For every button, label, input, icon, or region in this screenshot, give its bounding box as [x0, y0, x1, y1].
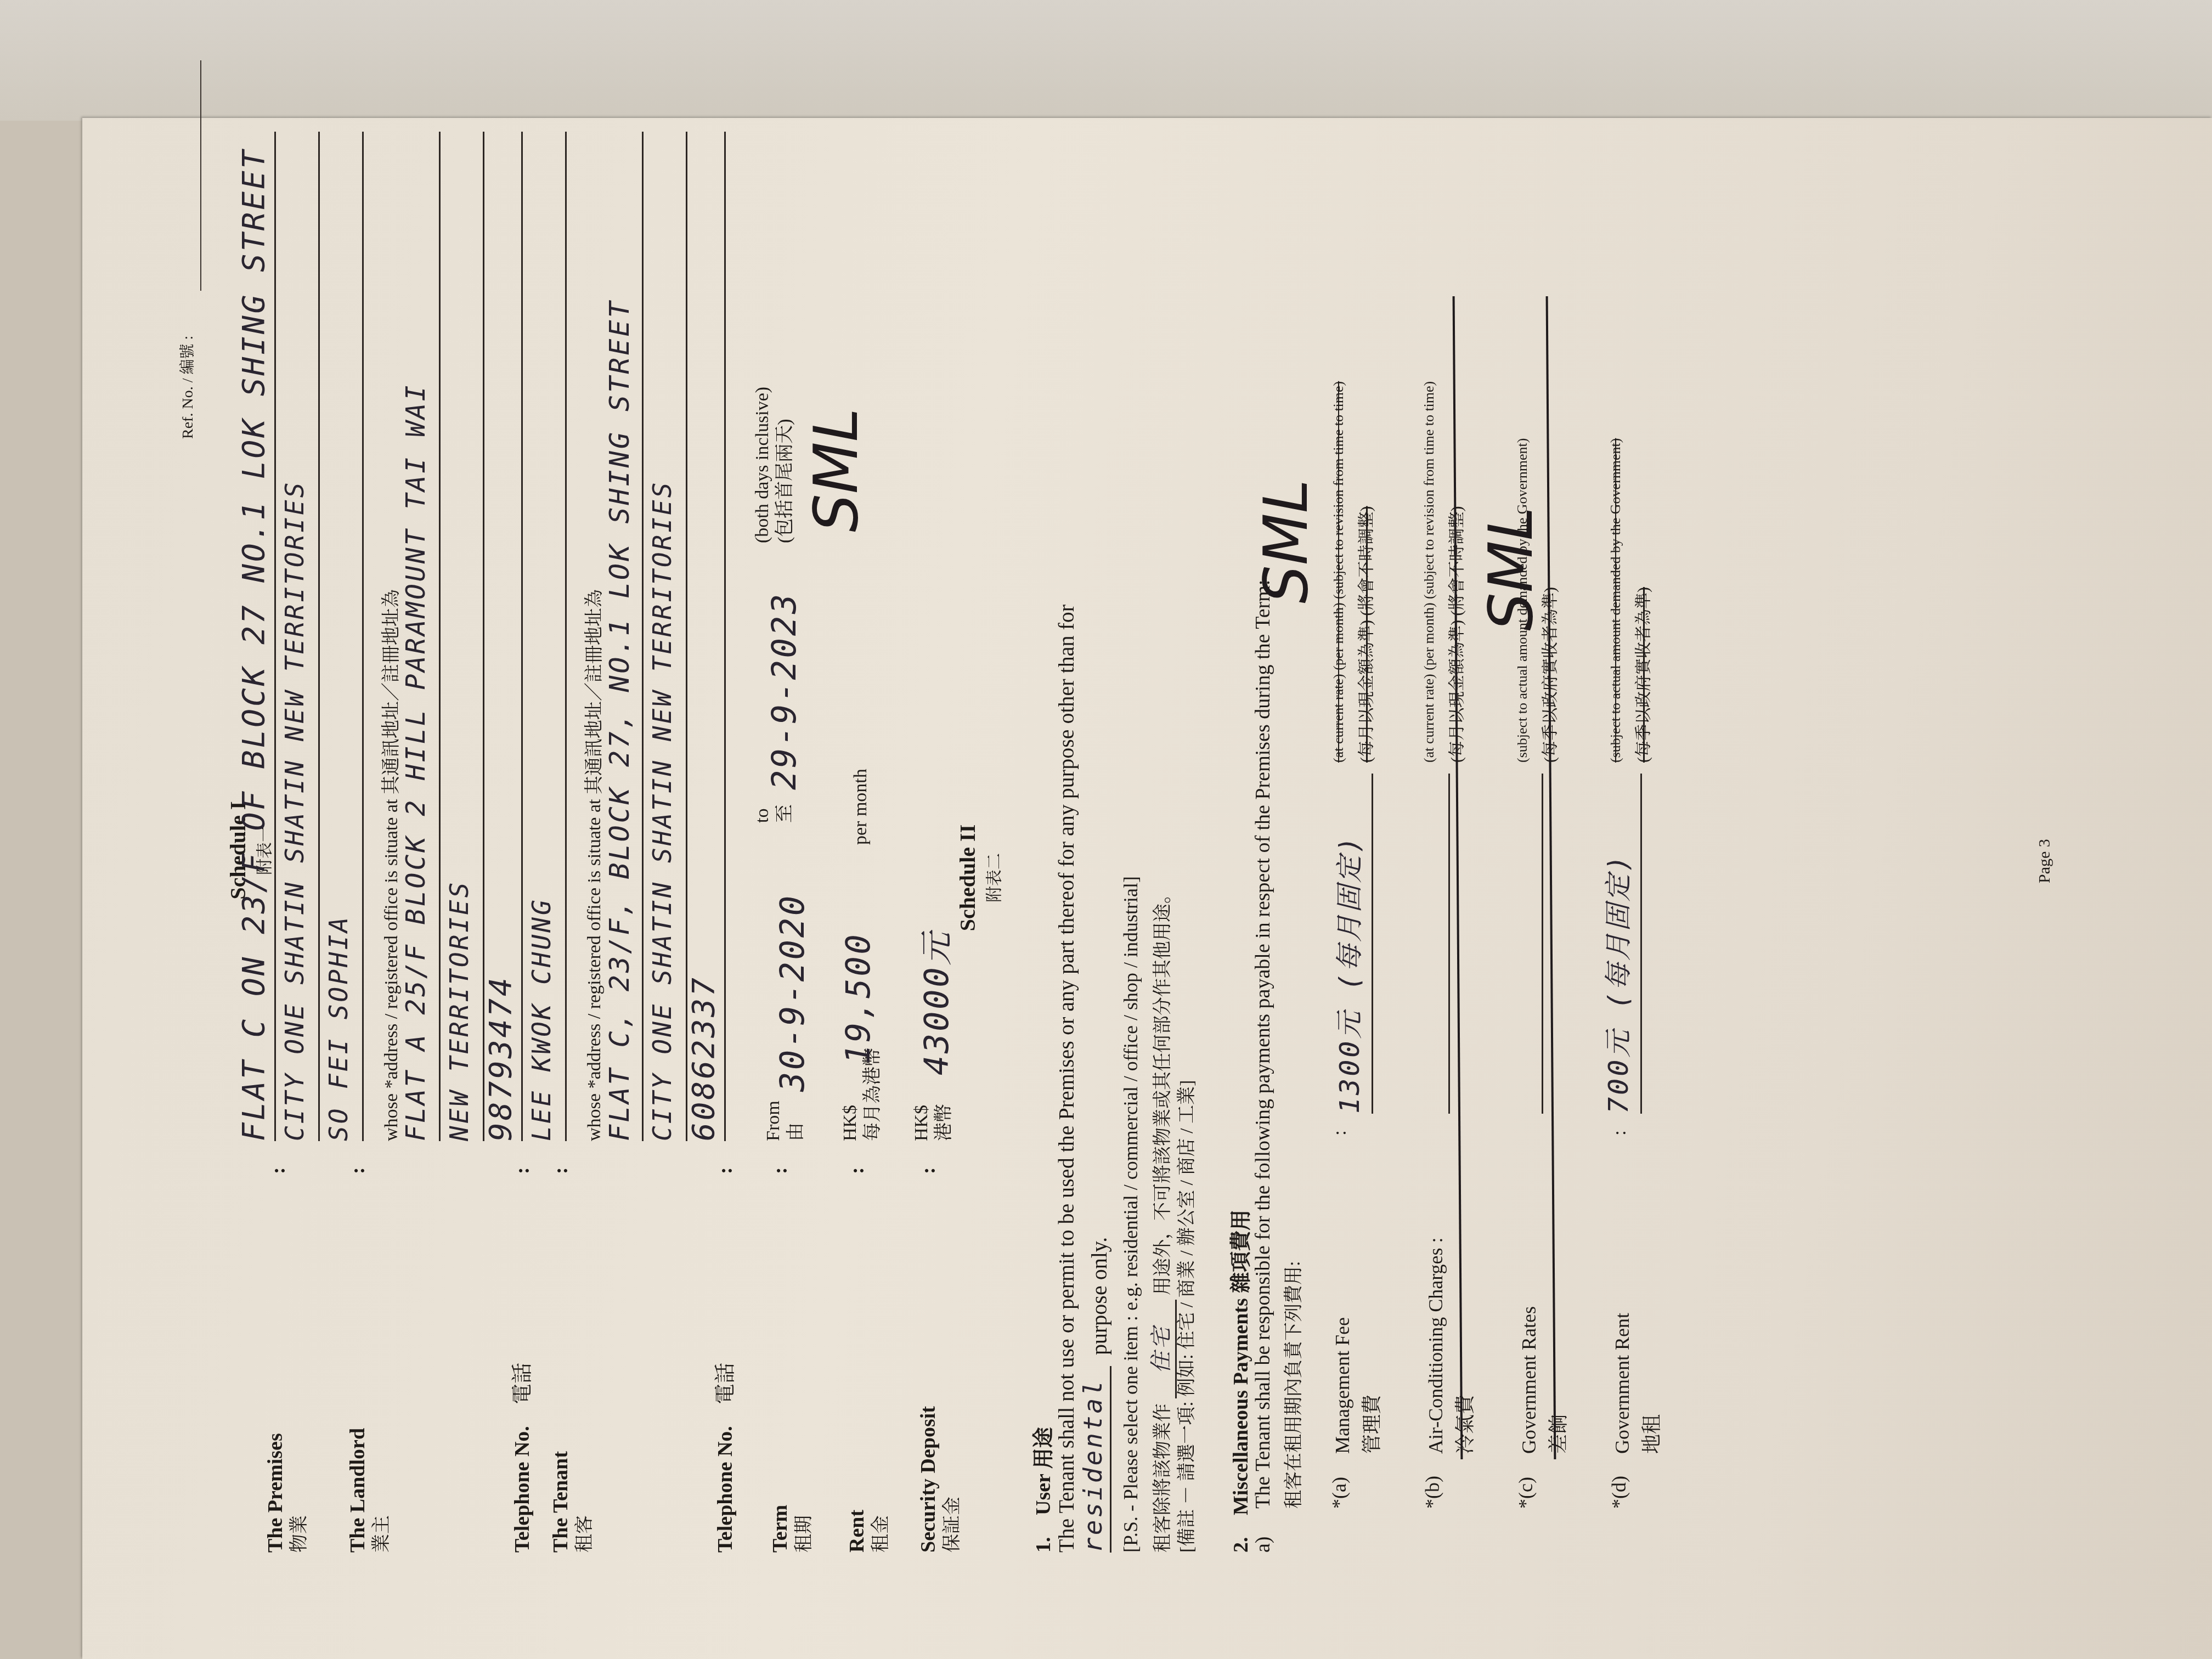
tenant-phone-label-en: Telephone No.: [714, 1426, 737, 1553]
deposit-amount[interactable]: 43000元: [911, 930, 958, 1075]
rent-label-zh: 租金: [870, 1510, 893, 1553]
term-from-date[interactable]: 30-9-2020: [774, 894, 812, 1092]
management-fee-note-en: (at current rate) (per month) (subject t…: [1330, 381, 1347, 763]
landlord-label-en: The Landlord: [346, 1428, 369, 1553]
tenant-phone-label: Telephone No. 電話: [713, 1363, 738, 1553]
colon: :: [768, 1167, 792, 1174]
ps-zh-after: 用途外，不可將該物業或其任何部分作其他用途。: [1153, 885, 1173, 1295]
tenant-phone-field[interactable]: 60862337: [686, 132, 726, 1141]
landlord-address-line-1[interactable]: FLAT A 25/F BLOCK 2 HILL PARAMOUNT TAI W…: [400, 132, 441, 1141]
government-rates-label-zh: 差餉: [1548, 1414, 1570, 1454]
schedule-2-heading: Schedule II: [955, 825, 980, 932]
term-inclusive-note: (both days inclusive) (包括首尾兩天): [752, 387, 797, 543]
tenant-address-line-2[interactable]: CITY ONE SHATIN SHATIN NEW TERRITORIES: [647, 132, 687, 1141]
strikethrough-line: [1546, 296, 1556, 1459]
government-rent-label: Government Rent: [1611, 1313, 1633, 1454]
from-zh: 由: [786, 1122, 806, 1141]
to-zh: 至: [775, 804, 795, 823]
clause-2-intro-en: The Tenant shall be responsible for the …: [1251, 568, 1275, 1509]
ps-note-zh-examples: [備註 － 請選一項: 例如: 住宅 / 商業 / 辦公室 / 商店 / 工業]: [1171, 1080, 1198, 1553]
term-to-label: to 至: [752, 804, 797, 823]
item-c-label: Government Rates 差餉: [1514, 1306, 1573, 1454]
tenant-address-line-1[interactable]: FLAT C, 23/F, BLOCK 27, NO.1 LOK SHING S…: [603, 132, 644, 1141]
deposit-label-zh: 保証金: [941, 1406, 964, 1553]
rent-currency-en: HK$: [840, 1105, 860, 1141]
landlord-phone-label-en: Telephone No.: [511, 1426, 534, 1553]
item-a-key: *(a): [1328, 1477, 1351, 1509]
deposit-label: Security Deposit 保証金: [916, 1406, 963, 1553]
premises-line-1[interactable]: FLAT C ON 23/F OF BLOCK 27 NO.1 LOK SHIN…: [236, 132, 276, 1141]
deposit-currency-en: HK$: [911, 1105, 932, 1141]
item-d-key: *(d): [1607, 1476, 1630, 1509]
tenant-address-prompt: whose *address / registered office is si…: [579, 589, 606, 1141]
purpose-field[interactable]: residental: [1078, 1366, 1111, 1553]
page-number: Page 3: [2035, 839, 2054, 883]
premises-label: The Premises 物業: [263, 1433, 311, 1553]
inclusive-en: (both days inclusive): [752, 387, 772, 543]
clause-2-sub: a): [1251, 1536, 1275, 1553]
government-rates-label: Government Rates: [1518, 1306, 1540, 1454]
deposit-currency-zh: 港幣: [934, 1104, 954, 1141]
premises-label-zh: 物業: [289, 1433, 311, 1553]
colon: :: [510, 1167, 534, 1174]
colon: :: [713, 1167, 737, 1174]
clause-1-title: User 用途: [1032, 1427, 1055, 1515]
government-rates-field[interactable]: [1542, 774, 1543, 1114]
clause-2-intro-zh: 租客在租用期內負責下列費用:: [1278, 1261, 1305, 1509]
term-to-date[interactable]: 29-9-2023: [765, 592, 804, 790]
ps-note-en: [P.S. - Please select one item : e.g. re…: [1119, 876, 1142, 1553]
landlord-label-zh: 業主: [371, 1428, 393, 1553]
to-en: to: [752, 809, 772, 823]
item-b-key: *(b): [1421, 1476, 1444, 1509]
clause-1-text: The Tenant shall not use or permit to be…: [1053, 605, 1079, 1553]
government-rent-field[interactable]: 700元 (每月固定): [1596, 774, 1642, 1114]
purpose-only-text: purpose only.: [1086, 1237, 1112, 1355]
tenancy-schedule-page: Ref. No. / 編號 : Schedule I 附表一 The Premi…: [93, 82, 2123, 1618]
premises-label-en: The Premises: [264, 1433, 287, 1553]
management-fee-note-zh: (每月以現金額為準) (將會不時調整): [1352, 506, 1376, 763]
colon: :: [845, 1167, 869, 1174]
landlord-label: The Landlord 業主: [346, 1428, 393, 1553]
tenant-phone-label-zh: 電話: [714, 1363, 737, 1404]
government-rent-note-en: (subject to actual amount demanded by th…: [1607, 438, 1624, 763]
management-fee-field[interactable]: 1300元 (每月固定): [1328, 774, 1373, 1114]
colon: :: [266, 1167, 290, 1174]
ps-zh-before: 租客除將該物業作: [1153, 1403, 1173, 1553]
inclusive-zh: (包括首尾兩天): [775, 419, 795, 543]
term-label-zh: 租期: [793, 1505, 816, 1553]
air-conditioning-note-en: (at current rate) (per month) (subject t…: [1421, 381, 1437, 763]
colon: :: [549, 1167, 573, 1174]
air-conditioning-field[interactable]: [1448, 774, 1450, 1114]
air-conditioning-label-zh: 冷氣費: [1454, 1395, 1476, 1454]
initials-signature: SML: [1251, 479, 1321, 603]
ref-number-label: Ref. No. / 編號 :: [176, 336, 198, 439]
item-a-label: Management Fee 管理費: [1328, 1317, 1387, 1454]
clause-2-heading: 2. Miscellaneous Payments 雜項費用: [1223, 1210, 1254, 1553]
clause-1-heading: 1. User 用途: [1026, 1427, 1056, 1553]
schedule-2-title: Schedule II 附表二: [955, 768, 1005, 988]
government-rent-label-zh: 地租: [1641, 1414, 1663, 1454]
rent-amount[interactable]: 19,500: [839, 932, 878, 1064]
ref-number-field[interactable]: [200, 60, 201, 291]
deposit-currency: HK$ 港幣: [911, 1104, 956, 1141]
government-rent-note-zh: (每季以政府實收者為準): [1629, 587, 1654, 763]
rent-per-month: per month: [850, 769, 871, 845]
landlord-name-field[interactable]: SO FEI SOPHIA: [324, 132, 364, 1141]
item-c-key: *(c): [1514, 1477, 1537, 1509]
management-fee-label-zh: 管理費: [1361, 1395, 1383, 1454]
colon: :: [1328, 1130, 1351, 1136]
from-en: From: [763, 1101, 783, 1141]
air-conditioning-label: Air-Conditioning Charges :: [1425, 1237, 1447, 1454]
term-label: Term 租期: [768, 1505, 815, 1553]
clause-2-number: 2.: [1229, 1537, 1252, 1553]
management-fee-label: Management Fee: [1331, 1317, 1353, 1454]
colon: :: [1607, 1130, 1630, 1136]
tenant-label-zh: 租客: [574, 1451, 596, 1553]
rent-label: Rent 租金: [845, 1510, 892, 1553]
term-from-label: From 由: [763, 1101, 808, 1141]
colon: :: [346, 1167, 370, 1174]
landlord-phone-label: Telephone No. 電話: [510, 1363, 535, 1553]
schedule-2-heading-zh: 附表二: [980, 768, 1005, 988]
tenant-label-en: The Tenant: [549, 1451, 572, 1553]
item-d-label: Government Rent 地租: [1607, 1313, 1667, 1454]
deposit-label-en: Security Deposit: [917, 1406, 940, 1553]
term-label-en: Term: [769, 1505, 792, 1553]
landlord-address-prompt: whose *address / registered office is si…: [376, 589, 403, 1141]
item-b-label: Air-Conditioning Charges : 冷氣費: [1421, 1237, 1480, 1454]
clause-2-title: Miscellaneous Payments 雜項費用: [1229, 1210, 1252, 1515]
colon: :: [916, 1167, 940, 1174]
initials-signature: SML: [801, 408, 871, 532]
initials-signature: SML: [1476, 507, 1546, 631]
landlord-address-line-2[interactable]: NEW TERRITORIES: [444, 132, 484, 1141]
tenant-label: The Tenant 租客: [549, 1451, 596, 1553]
landlord-phone-field[interactable]: 98793474: [483, 132, 523, 1141]
clause-1-number: 1.: [1032, 1537, 1055, 1553]
landlord-phone-label-zh: 電話: [511, 1363, 534, 1404]
rent-label-en: Rent: [845, 1510, 868, 1553]
premises-line-2[interactable]: CITY ONE SHATIN SHATIN NEW TERRITORIES: [280, 132, 320, 1141]
tenant-name-field[interactable]: LEE KWOK CHUNG: [527, 132, 567, 1141]
